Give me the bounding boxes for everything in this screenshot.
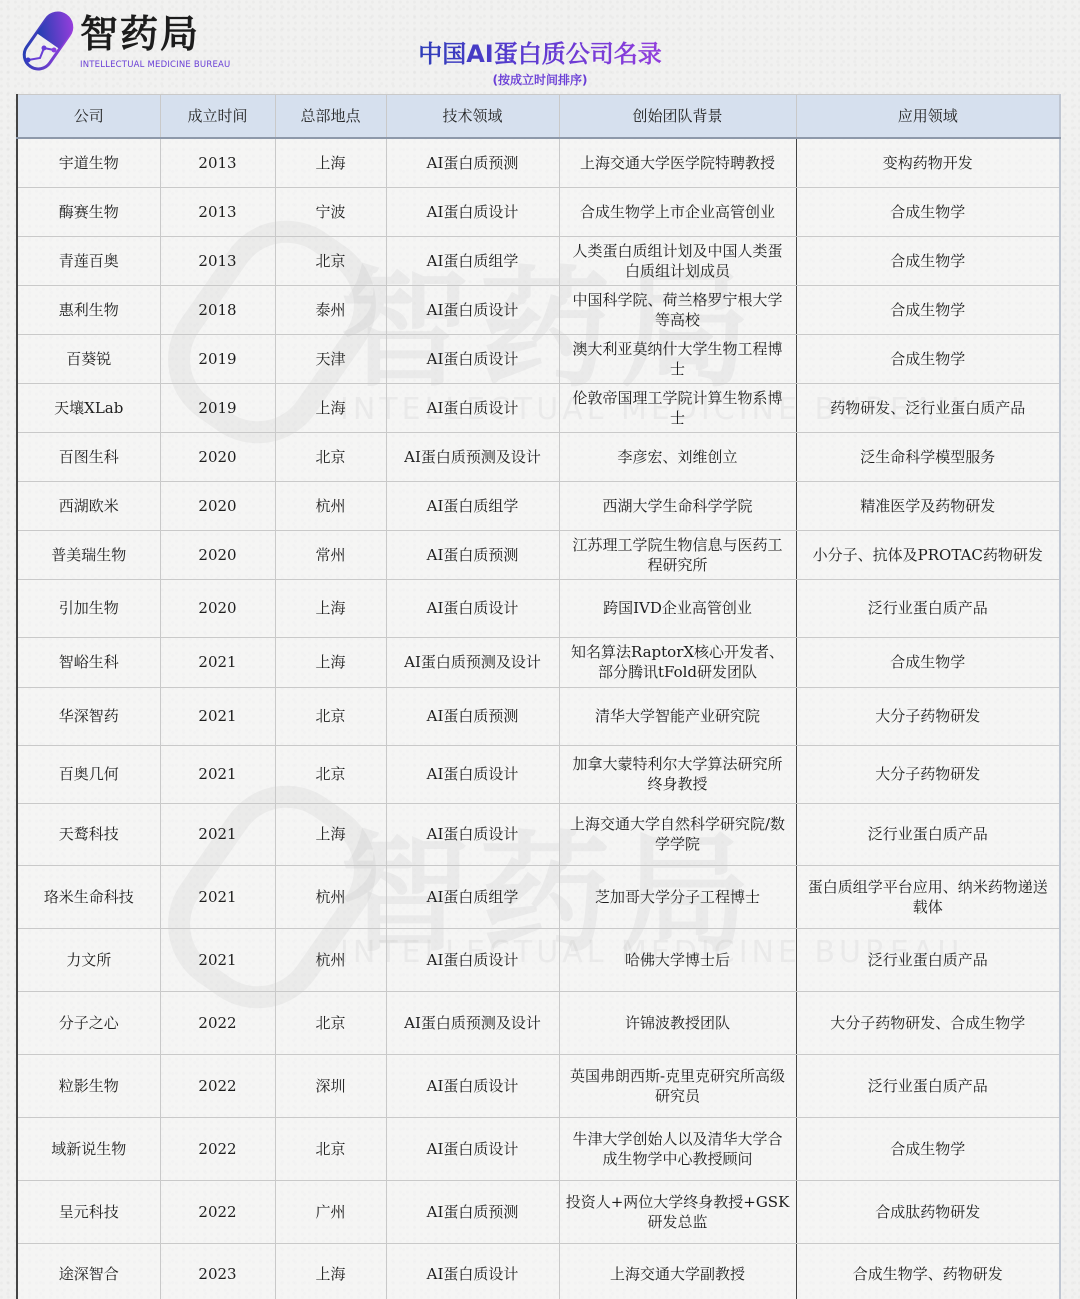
cell-company: 分子之心 xyxy=(17,991,160,1054)
cell-year: 2021 xyxy=(160,865,275,928)
cell-company: 青莲百奥 xyxy=(17,236,160,285)
brand-subtitle: INTELLECTUAL MEDICINE BUREAU xyxy=(80,60,230,70)
cell-tech: AI蛋白质设计 xyxy=(386,1054,559,1117)
cell-company: 百图生科 xyxy=(17,432,160,481)
cell-year: 2018 xyxy=(160,285,275,334)
cell-application: 泛行业蛋白质产品 xyxy=(796,1054,1060,1117)
cell-company: 天鹜科技 xyxy=(17,803,160,865)
cell-year: 2022 xyxy=(160,1180,275,1243)
cell-year: 2020 xyxy=(160,579,275,637)
cell-hq: 深圳 xyxy=(275,1054,386,1117)
cell-tech: AI蛋白质预测 xyxy=(386,1180,559,1243)
cell-team: 伦敦帝国理工学院计算生物系博士 xyxy=(559,383,796,432)
cell-year: 2020 xyxy=(160,530,275,579)
table-row: 宇道生物2013上海AI蛋白质预测上海交通大学医学院特聘教授变构药物开发 xyxy=(17,138,1060,187)
cell-team: 加拿大蒙特利尔大学算法研究所终身教授 xyxy=(559,745,796,803)
column-header-year: 成立时间 xyxy=(160,95,275,139)
table-row: 途深智合2023上海AI蛋白质设计上海交通大学副教授合成生物学、药物研发 xyxy=(17,1243,1060,1299)
table-row: 分子之心2022北京AI蛋白质预测及设计许锦波教授团队大分子药物研发、合成生物学 xyxy=(17,991,1060,1054)
cell-application: 药物研发、泛行业蛋白质产品 xyxy=(796,383,1060,432)
cell-year: 2021 xyxy=(160,687,275,745)
cell-year: 2019 xyxy=(160,334,275,383)
cell-year: 2021 xyxy=(160,928,275,991)
cell-team: 许锦波教授团队 xyxy=(559,991,796,1054)
cell-application: 变构药物开发 xyxy=(796,138,1060,187)
cell-year: 2013 xyxy=(160,138,275,187)
cell-hq: 北京 xyxy=(275,432,386,481)
cell-team: 牛津大学创始人以及清华大学合成生物学中心教授顾问 xyxy=(559,1117,796,1180)
cell-hq: 广州 xyxy=(275,1180,386,1243)
cell-application: 合成生物学 xyxy=(796,285,1060,334)
cell-company: 酶赛生物 xyxy=(17,187,160,236)
cell-team: 李彦宏、刘维创立 xyxy=(559,432,796,481)
cell-company: 途深智合 xyxy=(17,1243,160,1299)
cell-team: 西湖大学生命科学学院 xyxy=(559,481,796,530)
cell-team: 清华大学智能产业研究院 xyxy=(559,687,796,745)
cell-year: 2022 xyxy=(160,1054,275,1117)
cell-application: 大分子药物研发 xyxy=(796,687,1060,745)
cell-hq: 泰州 xyxy=(275,285,386,334)
cell-application: 大分子药物研发 xyxy=(796,745,1060,803)
cell-team: 江苏理工学院生物信息与医药工程研究所 xyxy=(559,530,796,579)
cell-tech: AI蛋白质预测及设计 xyxy=(386,432,559,481)
cell-team: 投资人+两位大学终身教授+GSK研发总监 xyxy=(559,1180,796,1243)
cell-company: 呈元科技 xyxy=(17,1180,160,1243)
cell-application: 泛行业蛋白质产品 xyxy=(796,579,1060,637)
cell-application: 合成生物学、药物研发 xyxy=(796,1243,1060,1299)
cell-team: 人类蛋白质组计划及中国人类蛋白质组计划成员 xyxy=(559,236,796,285)
cell-year: 2019 xyxy=(160,383,275,432)
table-row: 智峪生科2021上海AI蛋白质预测及设计知名算法RaptorX核心开发者、部分腾… xyxy=(17,637,1060,687)
table-row: 呈元科技2022广州AI蛋白质预测投资人+两位大学终身教授+GSK研发总监合成肽… xyxy=(17,1180,1060,1243)
cell-year: 2013 xyxy=(160,236,275,285)
cell-tech: AI蛋白质组学 xyxy=(386,236,559,285)
table-row: 百奥几何2021北京AI蛋白质设计加拿大蒙特利尔大学算法研究所终身教授大分子药物… xyxy=(17,745,1060,803)
cell-tech: AI蛋白质组学 xyxy=(386,865,559,928)
cell-tech: AI蛋白质设计 xyxy=(386,187,559,236)
cell-hq: 上海 xyxy=(275,383,386,432)
cell-hq: 北京 xyxy=(275,745,386,803)
cell-company: 力文所 xyxy=(17,928,160,991)
cell-application: 合成生物学 xyxy=(796,637,1060,687)
cell-application: 精准医学及药物研发 xyxy=(796,481,1060,530)
column-header-company: 公司 xyxy=(17,95,160,139)
cell-company: 百葵锐 xyxy=(17,334,160,383)
cell-year: 2021 xyxy=(160,637,275,687)
table-row: 西湖欧米2020杭州AI蛋白质组学西湖大学生命科学学院精准医学及药物研发 xyxy=(17,481,1060,530)
cell-company: 百奥几何 xyxy=(17,745,160,803)
cell-hq: 宁波 xyxy=(275,187,386,236)
cell-team: 上海交通大学副教授 xyxy=(559,1243,796,1299)
cell-application: 合成生物学 xyxy=(796,236,1060,285)
page-header: 智药局 INTELLECTUAL MEDICINE BUREAU 中国AI蛋白质… xyxy=(0,0,1080,95)
page-subtitle: (按成立时间排序) xyxy=(380,72,700,88)
cell-application: 大分子药物研发、合成生物学 xyxy=(796,991,1060,1054)
cell-year: 2022 xyxy=(160,1117,275,1180)
table-row: 引加生物2020上海AI蛋白质设计跨国IVD企业高管创业泛行业蛋白质产品 xyxy=(17,579,1060,637)
cell-tech: AI蛋白质预测 xyxy=(386,530,559,579)
cell-application: 合成生物学 xyxy=(796,187,1060,236)
brand-name: 智药局 xyxy=(80,10,200,58)
cell-application: 合成肽药物研发 xyxy=(796,1180,1060,1243)
cell-company: 宇道生物 xyxy=(17,138,160,187)
cell-company: 天壤XLab xyxy=(17,383,160,432)
cell-year: 2023 xyxy=(160,1243,275,1299)
page-title: 中国AI蛋白质公司名录 xyxy=(380,38,700,70)
brand-logo: 智药局 INTELLECTUAL MEDICINE BUREAU xyxy=(18,8,228,78)
cell-company: 引加生物 xyxy=(17,579,160,637)
cell-tech: AI蛋白质设计 xyxy=(386,579,559,637)
table-row: 酶赛生物2013宁波AI蛋白质设计合成生物学上市企业高管创业合成生物学 xyxy=(17,187,1060,236)
cell-company: 惠利生物 xyxy=(17,285,160,334)
cell-tech: AI蛋白质预测 xyxy=(386,138,559,187)
cell-application: 蛋白质组学平台应用、纳米药物递送载体 xyxy=(796,865,1060,928)
cell-team: 哈佛大学博士后 xyxy=(559,928,796,991)
table-row: 百图生科2020北京AI蛋白质预测及设计李彦宏、刘维创立泛生命科学模型服务 xyxy=(17,432,1060,481)
cell-team: 上海交通大学自然科学研究院/数学学院 xyxy=(559,803,796,865)
cell-tech: AI蛋白质组学 xyxy=(386,481,559,530)
cell-application: 小分子、抗体及PROTAC药物研发 xyxy=(796,530,1060,579)
cell-hq: 上海 xyxy=(275,637,386,687)
cell-team: 合成生物学上市企业高管创业 xyxy=(559,187,796,236)
cell-company: 粒影生物 xyxy=(17,1054,160,1117)
cell-team: 芝加哥大学分子工程博士 xyxy=(559,865,796,928)
column-header-application: 应用领域 xyxy=(796,95,1060,139)
cell-tech: AI蛋白质预测及设计 xyxy=(386,637,559,687)
table-row: 天鹜科技2021上海AI蛋白质设计上海交通大学自然科学研究院/数学学院泛行业蛋白… xyxy=(17,803,1060,865)
cell-hq: 上海 xyxy=(275,138,386,187)
table-row: 域新说生物2022北京AI蛋白质设计牛津大学创始人以及清华大学合成生物学中心教授… xyxy=(17,1117,1060,1180)
cell-hq: 杭州 xyxy=(275,865,386,928)
cell-tech: AI蛋白质设计 xyxy=(386,1117,559,1180)
cell-company: 普美瑞生物 xyxy=(17,530,160,579)
cell-company: 华深智药 xyxy=(17,687,160,745)
cell-year: 2021 xyxy=(160,745,275,803)
table-row: 天壤XLab2019上海AI蛋白质设计伦敦帝国理工学院计算生物系博士药物研发、泛… xyxy=(17,383,1060,432)
cell-application: 泛行业蛋白质产品 xyxy=(796,928,1060,991)
cell-tech: AI蛋白质设计 xyxy=(386,1243,559,1299)
cell-hq: 杭州 xyxy=(275,928,386,991)
table-header-row: 公司 成立时间 总部地点 技术领域 创始团队背景 应用领域 xyxy=(17,95,1060,139)
cell-team: 中国科学院、荷兰格罗宁根大学等高校 xyxy=(559,285,796,334)
cell-application: 泛生命科学模型服务 xyxy=(796,432,1060,481)
cell-hq: 北京 xyxy=(275,1117,386,1180)
cell-hq: 北京 xyxy=(275,687,386,745)
cell-year: 2020 xyxy=(160,481,275,530)
table-row: 力文所2021杭州AI蛋白质设计哈佛大学博士后泛行业蛋白质产品 xyxy=(17,928,1060,991)
cell-hq: 上海 xyxy=(275,579,386,637)
cell-tech: AI蛋白质设计 xyxy=(386,334,559,383)
cell-hq: 北京 xyxy=(275,236,386,285)
cell-year: 2013 xyxy=(160,187,275,236)
cell-company: 域新说生物 xyxy=(17,1117,160,1180)
cell-hq: 天津 xyxy=(275,334,386,383)
cell-hq: 上海 xyxy=(275,1243,386,1299)
cell-year: 2022 xyxy=(160,991,275,1054)
cell-company: 西湖欧米 xyxy=(17,481,160,530)
table-row: 华深智药2021北京AI蛋白质预测清华大学智能产业研究院大分子药物研发 xyxy=(17,687,1060,745)
cell-year: 2021 xyxy=(160,803,275,865)
company-table: 公司 成立时间 总部地点 技术领域 创始团队背景 应用领域 宇道生物2013上海… xyxy=(16,94,1061,1299)
cell-application: 合成生物学 xyxy=(796,1117,1060,1180)
cell-team: 知名算法RaptorX核心开发者、部分腾讯tFold研发团队 xyxy=(559,637,796,687)
cell-application: 泛行业蛋白质产品 xyxy=(796,803,1060,865)
pill-logo-icon xyxy=(18,8,78,74)
table-row: 百葵锐2019天津AI蛋白质设计澳大利亚莫纳什大学生物工程博士合成生物学 xyxy=(17,334,1060,383)
table-row: 珞米生命科技2021杭州AI蛋白质组学芝加哥大学分子工程博士蛋白质组学平台应用、… xyxy=(17,865,1060,928)
cell-hq: 北京 xyxy=(275,991,386,1054)
column-header-tech: 技术领域 xyxy=(386,95,559,139)
cell-tech: AI蛋白质预测 xyxy=(386,687,559,745)
column-header-hq: 总部地点 xyxy=(275,95,386,139)
cell-hq: 杭州 xyxy=(275,481,386,530)
cell-tech: AI蛋白质预测及设计 xyxy=(386,991,559,1054)
table-row: 粒影生物2022深圳AI蛋白质设计英国弗朗西斯-克里克研究所高级研究员泛行业蛋白… xyxy=(17,1054,1060,1117)
table-row: 青莲百奥2013北京AI蛋白质组学人类蛋白质组计划及中国人类蛋白质组计划成员合成… xyxy=(17,236,1060,285)
cell-team: 上海交通大学医学院特聘教授 xyxy=(559,138,796,187)
table-row: 普美瑞生物2020常州AI蛋白质预测江苏理工学院生物信息与医药工程研究所小分子、… xyxy=(17,530,1060,579)
cell-team: 跨国IVD企业高管创业 xyxy=(559,579,796,637)
cell-tech: AI蛋白质设计 xyxy=(386,745,559,803)
cell-hq: 常州 xyxy=(275,530,386,579)
cell-hq: 上海 xyxy=(275,803,386,865)
cell-tech: AI蛋白质设计 xyxy=(386,928,559,991)
cell-team: 澳大利亚莫纳什大学生物工程博士 xyxy=(559,334,796,383)
table-row: 惠利生物2018泰州AI蛋白质设计中国科学院、荷兰格罗宁根大学等高校合成生物学 xyxy=(17,285,1060,334)
cell-year: 2020 xyxy=(160,432,275,481)
cell-tech: AI蛋白质设计 xyxy=(386,803,559,865)
cell-company: 智峪生科 xyxy=(17,637,160,687)
column-header-team: 创始团队背景 xyxy=(559,95,796,139)
cell-application: 合成生物学 xyxy=(796,334,1060,383)
cell-team: 英国弗朗西斯-克里克研究所高级研究员 xyxy=(559,1054,796,1117)
cell-tech: AI蛋白质设计 xyxy=(386,285,559,334)
cell-company: 珞米生命科技 xyxy=(17,865,160,928)
cell-tech: AI蛋白质设计 xyxy=(386,383,559,432)
